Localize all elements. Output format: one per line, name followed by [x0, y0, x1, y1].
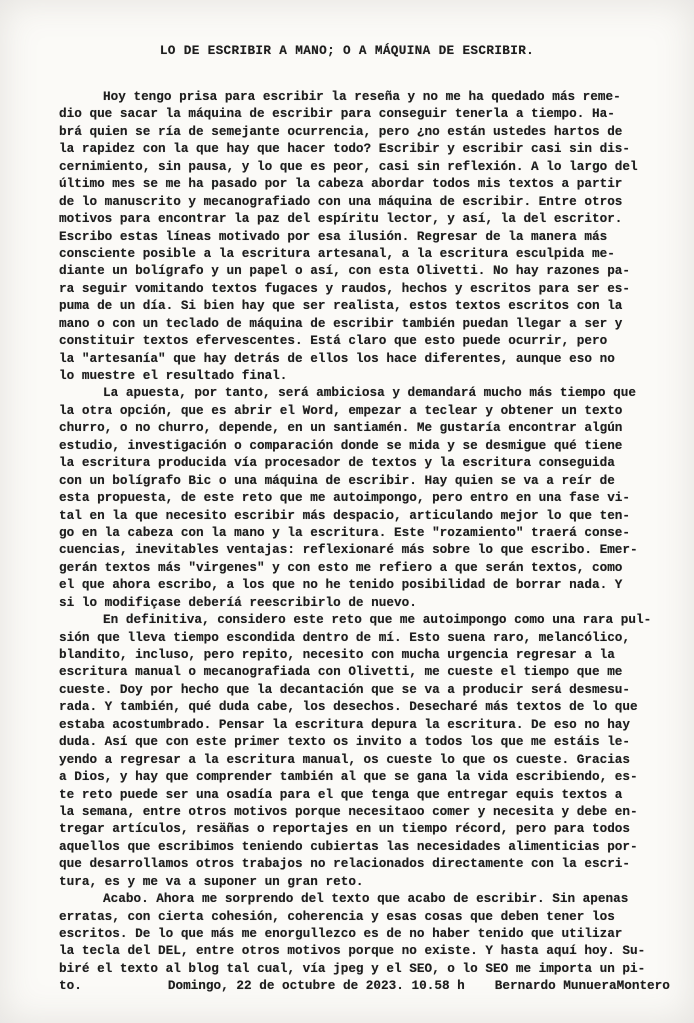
text-line: cuencias, inevitables ventajas: reflexio…	[59, 541, 674, 558]
text-line: Hoy tengo prisa para escribir la reseña …	[59, 88, 674, 105]
text-line: escritura manual o mecanografiada con Ol…	[59, 663, 674, 680]
text-line: cernimiento, sin pausa, y lo que es peor…	[59, 158, 674, 175]
paragraph: En definitiva, considero este reto que m…	[59, 611, 674, 890]
text-line: la "artesanía" que hay detrás de ellos l…	[59, 350, 674, 367]
text-line: constituir textos efervescentes. Está cl…	[59, 332, 674, 349]
text-line: Escribo estas líneas motivado por esa il…	[59, 228, 674, 245]
text-line: la tecla del DEL, entre otros motivos po…	[59, 942, 674, 959]
paragraph: Acabo. Ahora me sorprendo del texto que …	[59, 890, 674, 977]
text-line: yendo a regresar a la escritura manual, …	[59, 751, 674, 768]
text-line: motivos para encontrar la paz del espíri…	[59, 210, 674, 227]
date-time: Domingo, 22 de octubre de 2023. 10.58 h	[168, 977, 465, 994]
text-line: te reto puede ser una osadía para el que…	[59, 786, 674, 803]
text-line: Acabo. Ahora me sorprendo del texto que …	[59, 890, 674, 907]
paragraph-end-text: to.	[59, 977, 82, 994]
text-line: aquellos que escribimos teniendo cubiert…	[59, 838, 674, 855]
text-line: biré el texto al blog tal cual, vía jpeg…	[59, 960, 674, 977]
text-line: estaba acostumbrado. Pensar la escritura…	[59, 716, 674, 733]
text-line: duda. Así que con este primer texto os i…	[59, 733, 674, 750]
text-line: go en la cabeza con la mano y la escritu…	[59, 524, 674, 541]
text-line: la rapidez con la que hay que hacer todo…	[59, 140, 674, 157]
document-title: LO DE ESCRIBIR A MANO; O A MÁQUINA DE ES…	[0, 0, 694, 60]
text-line: consciente posible a la escritura artesa…	[59, 245, 674, 262]
text-line: el que ahora escribo, a los que no he te…	[59, 576, 674, 593]
text-line: puma de un día. Si bien hay que ser real…	[59, 297, 674, 314]
text-line: diante un bolígrafo y un papel o así, co…	[59, 262, 674, 279]
text-line: la otra opción, que es abrir el Word, em…	[59, 402, 674, 419]
document-body: Hoy tengo prisa para escribir la reseña …	[0, 88, 694, 977]
text-line: rada. Y también, qué duda cabe, los dese…	[59, 698, 674, 715]
text-line: dio que sacar la máquina de escribir par…	[59, 105, 674, 122]
text-line: la semana, entre otros motivos porque ne…	[59, 803, 674, 820]
footer-line: to. Domingo, 22 de octubre de 2023. 10.5…	[0, 977, 694, 994]
text-line: cueste. Doy por hecho que la decantación…	[59, 681, 674, 698]
text-line: que desarrollamos otros trabajos no rela…	[59, 855, 674, 872]
text-line: último mes se me ha pasado por la cabeza…	[59, 175, 674, 192]
text-line: sión que lleva tiempo escondida dentro d…	[59, 629, 674, 646]
typewritten-page: LO DE ESCRIBIR A MANO; O A MÁQUINA DE ES…	[0, 0, 694, 1023]
text-line: si lo modifiçase deberíá reescribirlo de…	[59, 594, 674, 611]
text-line: churro, o no churro, depende, en un sant…	[59, 419, 674, 436]
text-line: esta propuesta, de este reto que me auto…	[59, 489, 674, 506]
text-line: estudio, investigación o comparación don…	[59, 437, 674, 454]
text-line: tregar artículos, resäñas o reportajes e…	[59, 820, 674, 837]
text-line: mano o con un teclado de máquina de escr…	[59, 315, 674, 332]
text-line: la escritura producida vía procesador de…	[59, 454, 674, 471]
text-line: a Dios, y hay que comprender también al …	[59, 768, 674, 785]
text-line: La apuesta, por tanto, será ambiciosa y …	[59, 384, 674, 401]
text-line: lo muestre el resultado final.	[59, 367, 674, 384]
text-line: erratas, con cierta cohesión, coherencia…	[59, 908, 674, 925]
author-signature: Bernardo MunueraMontero	[495, 977, 670, 994]
text-line: blandito, incluso, pero repito, necesito…	[59, 646, 674, 663]
text-line: ra seguir vomitando textos fugaces y rau…	[59, 280, 674, 297]
text-line: tura, es y me va a suponer un gran reto.	[59, 873, 674, 890]
text-line: escritos. De lo que más me enorgullezco …	[59, 925, 674, 942]
text-line: tal en la que necesito escribir más desp…	[59, 507, 674, 524]
paragraph: La apuesta, por tanto, será ambiciosa y …	[59, 384, 674, 611]
paragraph: Hoy tengo prisa para escribir la reseña …	[59, 88, 674, 384]
text-line: de lo manuscrito y mecanografiado con un…	[59, 193, 674, 210]
text-line: gerán textos más "virgenes" y con esto m…	[59, 559, 674, 576]
text-line: brá quien se ría de semejante ocurrencia…	[59, 123, 674, 140]
text-line: con un bolígrafo Bic o una máquina de es…	[59, 472, 674, 489]
text-line: En definitiva, considero este reto que m…	[59, 611, 674, 628]
